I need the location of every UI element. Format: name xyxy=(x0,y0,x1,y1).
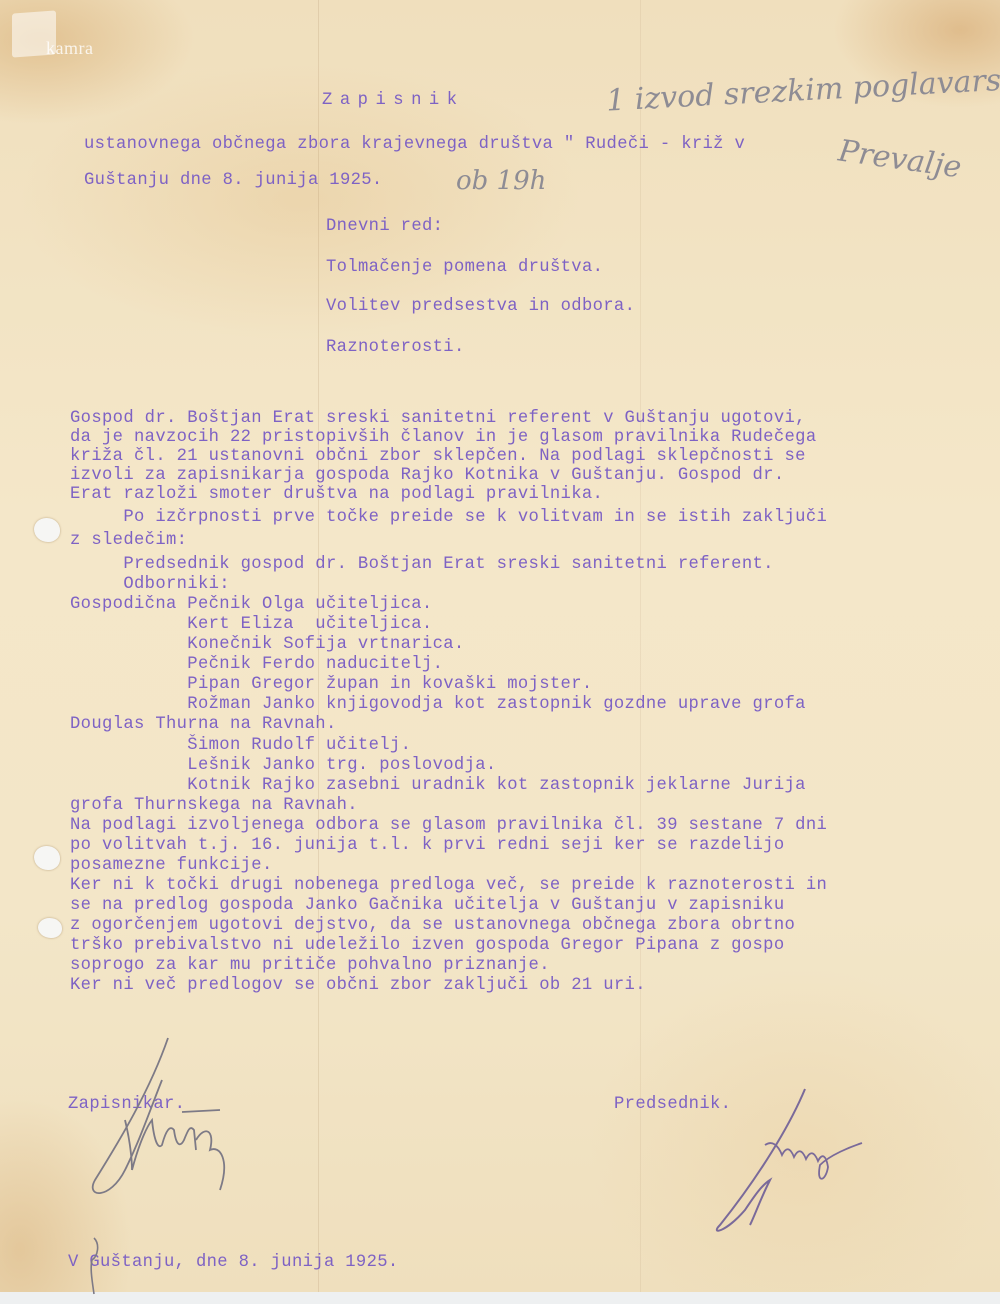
body-line: z sledečim: xyxy=(70,532,187,549)
punch-hole xyxy=(34,846,60,870)
committee-member-line: grofa Thurnskega na Ravnah. xyxy=(70,797,358,814)
president-signature xyxy=(700,1085,900,1235)
body-line: posamezne funkcije. xyxy=(70,857,273,874)
committee-member-line: Pečnik Ferdo naducitelj. xyxy=(70,656,443,673)
body-line: trško prebivalstvo ni udeležilo izven go… xyxy=(70,937,785,954)
document-subtitle-line1: ustanovnega občnega zbora krajevnega dru… xyxy=(84,136,745,153)
committee-member-line: Rožman Janko knjigovodja kot zastopnik g… xyxy=(70,696,806,713)
agenda-item: Volitev predsestva in odbora. xyxy=(326,298,635,315)
punch-hole xyxy=(34,518,60,542)
agenda-heading: Dnevni red: xyxy=(326,218,443,235)
committee-member-line: Pipan Gregor župan in kovaški mojster. xyxy=(70,676,593,693)
kamra-watermark: kamra xyxy=(12,12,112,60)
committee-member-line: Kotnik Rajko zasebni uradnik kot zastopn… xyxy=(70,777,806,794)
body-line: se na predlog gospoda Janko Gačnika učit… xyxy=(70,897,785,914)
body-line: soprogo za kar mu pritiče pohvalno prizn… xyxy=(70,957,550,974)
committee-member-line: Douglas Thurna na Ravnah. xyxy=(70,716,337,733)
committee-member-line: Kert Eliza učiteljica. xyxy=(70,616,433,633)
body-line: da je navzocih 22 pristopivših članov in… xyxy=(70,429,817,446)
body-line: po volitvah t.j. 16. junija t.l. k prvi … xyxy=(70,837,785,854)
body-line: izvoli za zapisnikarja gospoda Rajko Kot… xyxy=(70,467,785,484)
body-line: Odborniki: xyxy=(70,576,230,593)
pencil-annotation-number: ob 19h xyxy=(456,166,546,196)
watermark-label: kamra xyxy=(46,38,93,59)
body-line: Ker ni k točki drugi nobenega predloga v… xyxy=(70,877,827,894)
punch-hole xyxy=(38,918,62,938)
committee-member-line: Lešnik Janko trg. poslovodja. xyxy=(70,757,497,774)
pencil-stroke xyxy=(86,1236,106,1296)
body-line: z ogorčenjem ugotovi dejstvo, da se usta… xyxy=(70,917,795,934)
body-line: križa čl. 21 ustanovni občni zbor sklepč… xyxy=(70,448,806,465)
body-line: Po izčrpnosti prve točke preide se k vol… xyxy=(70,509,827,526)
recorder-signature xyxy=(70,1030,290,1200)
committee-member-line: Šimon Rudolf učitelj. xyxy=(70,737,411,754)
body-line: Predsednik gospod dr. Boštjan Erat sresk… xyxy=(70,556,774,573)
scan-border xyxy=(0,1292,1000,1304)
body-line: Na podlagi izvoljenega odbora se glasom … xyxy=(70,817,827,834)
place-date: V Guštanju, dne 8. junija 1925. xyxy=(68,1254,399,1271)
agenda-item: Tolmačenje pomena društva. xyxy=(326,259,603,276)
committee-member-line: Konečnik Sofija vrtnarica. xyxy=(70,636,465,653)
agenda-item: Raznoterosti. xyxy=(326,339,465,356)
committee-member-line: Gospodična Pečnik Olga učiteljica. xyxy=(70,596,433,613)
body-line: Erat razloži smoter društva na podlagi p… xyxy=(70,486,603,503)
document-title: Zapisnik xyxy=(322,92,465,109)
document-subtitle-line2: Guštanju dne 8. junija 1925. xyxy=(84,172,383,189)
body-line: Gospod dr. Boštjan Erat sreski sanitetni… xyxy=(70,410,806,427)
body-line: Ker ni več predlogov se občni zbor zaklj… xyxy=(70,977,646,994)
